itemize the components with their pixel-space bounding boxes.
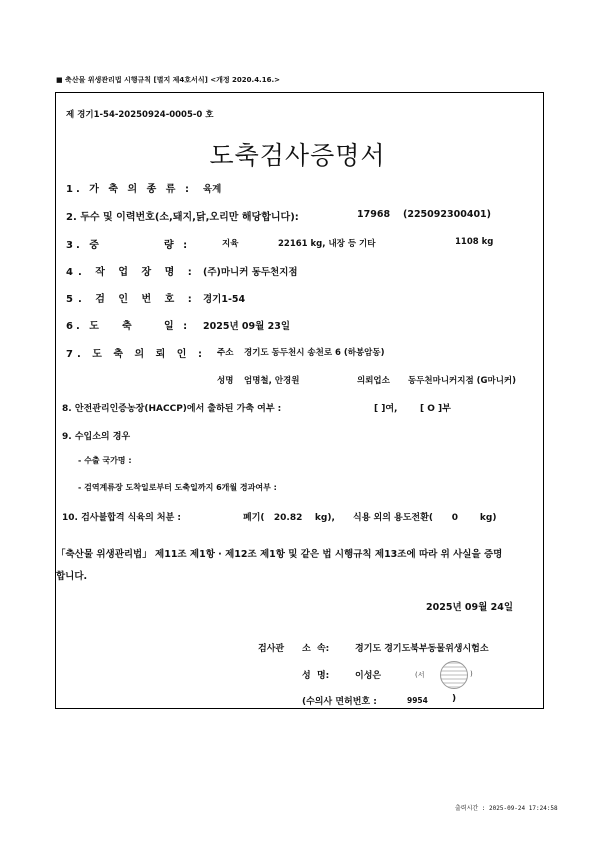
head-count-value: 17968 — [357, 209, 390, 220]
weight-label: 3. 중 — [66, 236, 102, 251]
inspector-affiliation: 경기도 경기도북부동물위생시험소 — [355, 641, 489, 654]
license-label: (수의사 면허번호 : — [302, 694, 377, 707]
form-header-note: ■ 축산물 위생관리법 시행규칙 [별지 제4호서식] <개정 2020.4.1… — [56, 75, 280, 85]
carcass-weight: 22161 kg, 내장 등 기타 — [278, 237, 375, 249]
printed-timestamp: 출력시간 : 2025-09-24 17:24:58 — [455, 803, 558, 812]
inspection-no-value: 경기1-54 — [203, 291, 245, 305]
license-close: ) — [452, 694, 456, 704]
page-title: 도축검사증명서 — [0, 136, 595, 172]
requester-name: 엄명철, 안경원 — [244, 374, 299, 386]
statement-line-1: 「축산물 위생관리법」 제11조 제1항 · 제12조 제1항 및 같은 법 시… — [56, 546, 502, 560]
head-count-label: 2. 두수 및 이력번호(소,돼지,닭,오리만 해당합니다): — [66, 208, 299, 223]
workplace-label: 4. 작 업 장 명 : — [66, 263, 197, 278]
haccp-no: [ O ]부 — [420, 401, 451, 414]
disposal-discard: 폐기( 20.82 kg), — [243, 510, 335, 523]
weight-label-end: 량 : — [164, 236, 190, 251]
workplace-value: (주)마니커 동두천지점 — [203, 264, 298, 278]
species-label: 1. 가 축 의 종 류 : — [66, 180, 192, 195]
requester-label: 7. 도 축 의 뢰 인 : — [66, 345, 206, 360]
haccp-yes: [ ]여, — [374, 401, 397, 414]
signature-close: ) — [470, 670, 473, 678]
inspection-no-label: 5. 검 인 번 호 : — [66, 290, 197, 305]
inspector-name: 이성은 — [355, 668, 381, 681]
six-month-label: - 검역계류장 도착일로부터 도축일까지 6개월 경과여부 : — [78, 482, 277, 493]
slaughter-date-label-mid: 축 — [122, 317, 132, 332]
slaughter-date-label: 6. 도 — [66, 317, 102, 332]
requester-business: 동두천마니커지점 (G마니커) — [408, 374, 516, 386]
inspector-name-label: 성 명: — [302, 668, 329, 681]
inspector-affiliation-label: 소 속: — [302, 641, 329, 654]
requester-name-label: 성명 — [217, 374, 233, 386]
statement-line-2: 합니다. — [56, 568, 87, 582]
haccp-label: 8. 안전관리인증농장(HACCP)에서 출하된 가축 여부 : — [62, 401, 281, 414]
license-number: 9954 — [407, 696, 428, 705]
official-seal-stamp — [440, 661, 468, 689]
export-country-label: - 수출 국가명 : — [78, 455, 132, 466]
certificate-number: 제 경기1-54-20250924-0005-0 호 — [66, 108, 214, 120]
issue-date: 2025년 09월 24일 — [426, 599, 513, 613]
carcass-label: 지육 — [222, 237, 238, 249]
trace-number: (225092300401) — [403, 209, 491, 220]
import-label: 9. 수입소의 경우 — [62, 429, 130, 442]
disposal-convert: 식용 외의 용도전환( 0 kg) — [353, 510, 496, 523]
species-value: 육계 — [203, 181, 221, 195]
requester-address-label: 주소 — [217, 346, 233, 358]
other-weight: 1108 kg — [455, 237, 493, 247]
requester-address: 경기도 동두천시 송천로 6 (하봉암동) — [244, 346, 384, 358]
requester-business-label: 의뢰업소 — [357, 374, 390, 386]
inspector-role: 검사관 — [258, 641, 284, 654]
slaughter-date-value: 2025년 09월 23일 — [203, 318, 290, 332]
disposal-label: 10. 검사불합격 식육의 처분 : — [62, 510, 181, 523]
slaughter-date-label-end: 일 : — [164, 317, 190, 332]
signature-open: (서 — [415, 670, 425, 680]
